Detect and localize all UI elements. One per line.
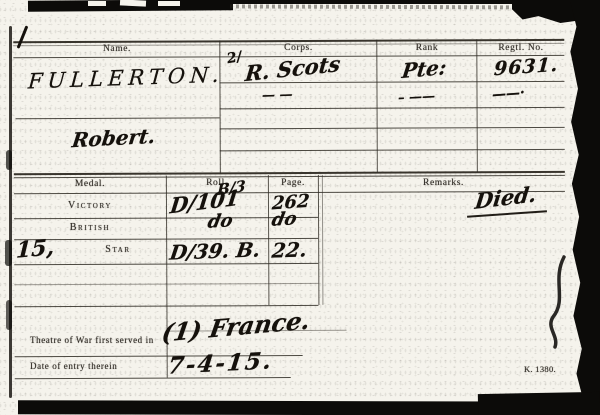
date-of-entry-label: Date of entry therein (30, 361, 117, 371)
date-of-entry-value: 7-4-15. (166, 347, 274, 380)
regimental-number-value: 9631. (493, 54, 559, 81)
british-page-ditto: do (270, 208, 299, 231)
left-edge-blot-3 (6, 300, 12, 330)
theatre-of-war-label: Theatre of War first served in (30, 335, 154, 345)
rank-ditto-mark: – —— (398, 89, 436, 106)
top-band-print-remnant-1 (88, 1, 106, 6)
british-roll-ditto: do (206, 210, 235, 233)
form-reference-code: K. 1380. (524, 364, 556, 374)
rank-value: Pte: (401, 55, 448, 83)
name-column-header: Name. (14, 44, 220, 54)
top-band-print-remnant-3 (158, 1, 180, 6)
medal-row-label-victory: Victory (14, 200, 166, 211)
left-edge-blot-1 (6, 150, 12, 170)
corps-ditto-mark: — — (262, 87, 293, 103)
medal-row-label-british: British (14, 222, 166, 233)
medal-row-label-star: Star (78, 244, 158, 255)
page-column-header: Page. (268, 178, 318, 188)
regimental-number-column-header: Regtl. No. (477, 43, 565, 53)
left-card-edge (9, 26, 12, 398)
medal-index-card-scan: Name. Corps. Rank Regtl. No. Medal. Roll… (0, 0, 600, 415)
rank-column-header: Rank (377, 43, 477, 53)
bottom-right-scan-corner (478, 392, 600, 415)
star-page-value: 22. (271, 237, 308, 262)
forename-value: Robert. (71, 124, 157, 153)
corps-value-prefix: 2/ (226, 49, 243, 67)
left-edge-blot-2 (5, 240, 12, 266)
medal-column-header: Medal. (14, 179, 166, 189)
right-edge-pen-stroke (540, 255, 570, 350)
star-roll-value: D/39. B. (168, 237, 262, 264)
corps-column-header: Corps. (220, 43, 377, 53)
star-hand-prefix: 15, (15, 234, 55, 264)
regimental-number-ditto-mark: ——· (491, 85, 525, 103)
